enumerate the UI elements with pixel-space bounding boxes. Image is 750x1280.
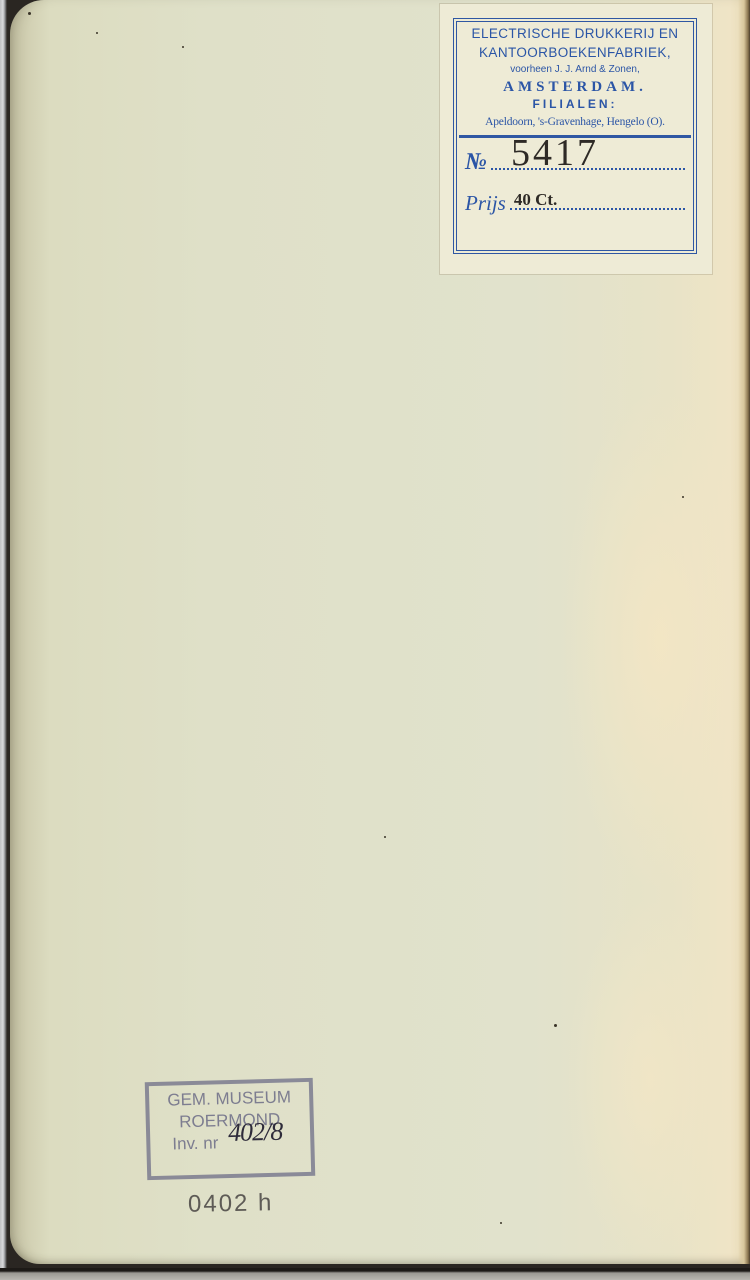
page-spine-edge: [738, 0, 750, 1264]
scanner-edge: [0, 0, 8, 1280]
paper-speck: [96, 32, 98, 34]
price-value: 40 Ct.: [514, 190, 557, 210]
label-formerly: voorheen J. J. Arnd & Zonen,: [457, 62, 693, 78]
label-header: ELECTRISCHE DRUKKERIJ EN KANTOORBOEKENFA…: [457, 22, 693, 131]
label-number-row: № 5417: [457, 138, 693, 178]
stamp-line-museum: GEM. MUSEUM: [149, 1086, 310, 1112]
paper-speck: [554, 1024, 557, 1027]
museum-stamp: GEM. MUSEUM ROERMOND Inv. nr 402/8: [145, 1078, 316, 1180]
label-branches: Apeldoorn, 's-Gravenhage, Hengelo (O).: [457, 113, 693, 131]
inventory-number-handwritten: 402/8: [228, 1121, 283, 1144]
scanner-bottom-strip: [0, 1268, 750, 1280]
number-key: №: [465, 149, 487, 176]
paper-speck: [500, 1222, 502, 1224]
price-dotted-line: 40 Ct.: [510, 182, 685, 210]
label-city: AMSTERDAM.: [457, 78, 693, 96]
label-company-line2: KANTOORBOEKENFABRIEK,: [457, 43, 693, 62]
paper-speck: [182, 46, 184, 48]
handwritten-pencil-code: 0402 h: [188, 1189, 274, 1218]
stamp-inventory-row: Inv. nr 402/8: [150, 1130, 311, 1156]
number-value: 5417: [511, 134, 599, 172]
label-price-row: Prijs 40 Ct.: [457, 178, 693, 218]
price-key: Prijs: [465, 191, 506, 216]
number-dotted-line: 5417: [491, 142, 685, 170]
paper-speck: [682, 496, 684, 498]
label-frame: ELECTRISCHE DRUKKERIJ EN KANTOORBOEKENFA…: [453, 18, 697, 254]
paper-speck: [28, 12, 31, 15]
stamp-inventory-label: Inv. nr: [172, 1133, 218, 1153]
paper-speck: [384, 836, 386, 838]
label-company-line1: ELECTRISCHE DRUKKERIJ EN: [457, 24, 693, 43]
label-branches-heading: FILIALEN:: [457, 96, 693, 113]
stationer-label: ELECTRISCHE DRUKKERIJ EN KANTOORBOEKENFA…: [440, 4, 712, 274]
